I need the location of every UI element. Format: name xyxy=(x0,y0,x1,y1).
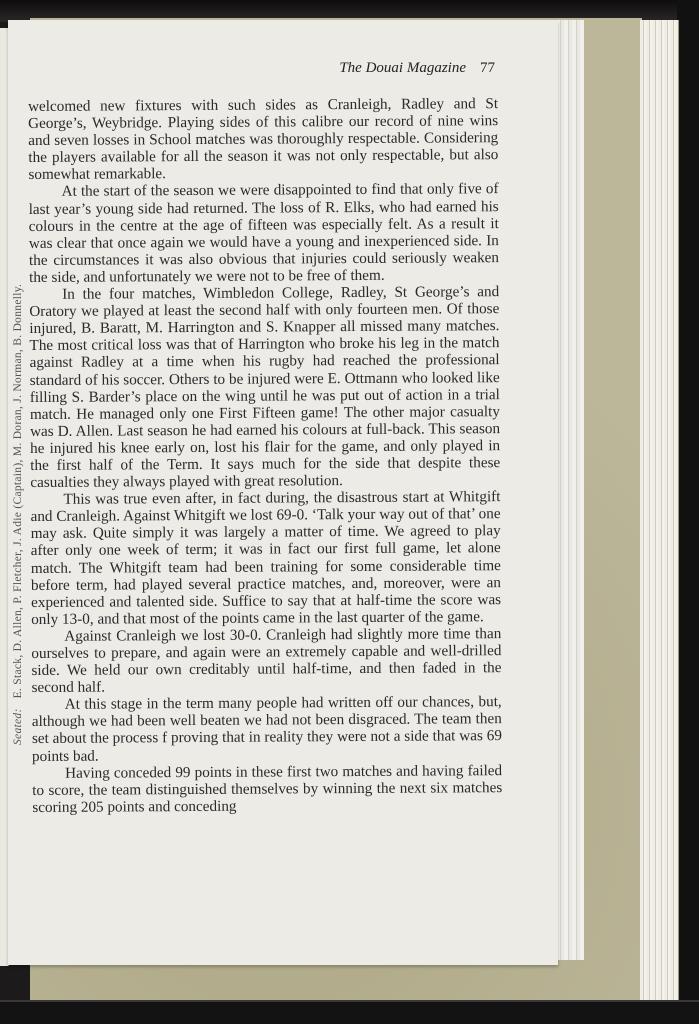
paragraph: This was true even after, in fact during… xyxy=(30,488,501,628)
paragraph: Having conceded 99 points in these first… xyxy=(32,762,502,816)
paragraph: At the start of the season we were disap… xyxy=(29,181,500,286)
book-cover-bottom xyxy=(0,1000,699,1024)
caption-names: E. Stack, D. Allen, P. Fletcher, J. Adie… xyxy=(12,284,24,699)
paragraph: In the four matches, Wimbledon College, … xyxy=(29,283,500,491)
paragraph: Against Cranleigh we lost 30-0. Cranleig… xyxy=(31,625,501,696)
paragraph: welcomed new fixtures with such sides as… xyxy=(28,95,499,183)
book-cover-right xyxy=(677,0,699,1024)
photo-caption: Seated:E. Stack, D. Allen, P. Fletcher, … xyxy=(12,284,24,745)
article-body: welcomed new fixtures with such sides as… xyxy=(28,95,502,816)
magazine-title: The Douai Magazine xyxy=(339,60,466,76)
page-stack xyxy=(556,20,584,960)
page-number: 77 xyxy=(480,60,495,76)
caption-label: Seated: xyxy=(12,708,24,745)
page-edges xyxy=(640,20,679,1005)
running-head: The Douai Magazine77 xyxy=(295,60,495,77)
paragraph: At this stage in the term many people ha… xyxy=(32,693,502,764)
